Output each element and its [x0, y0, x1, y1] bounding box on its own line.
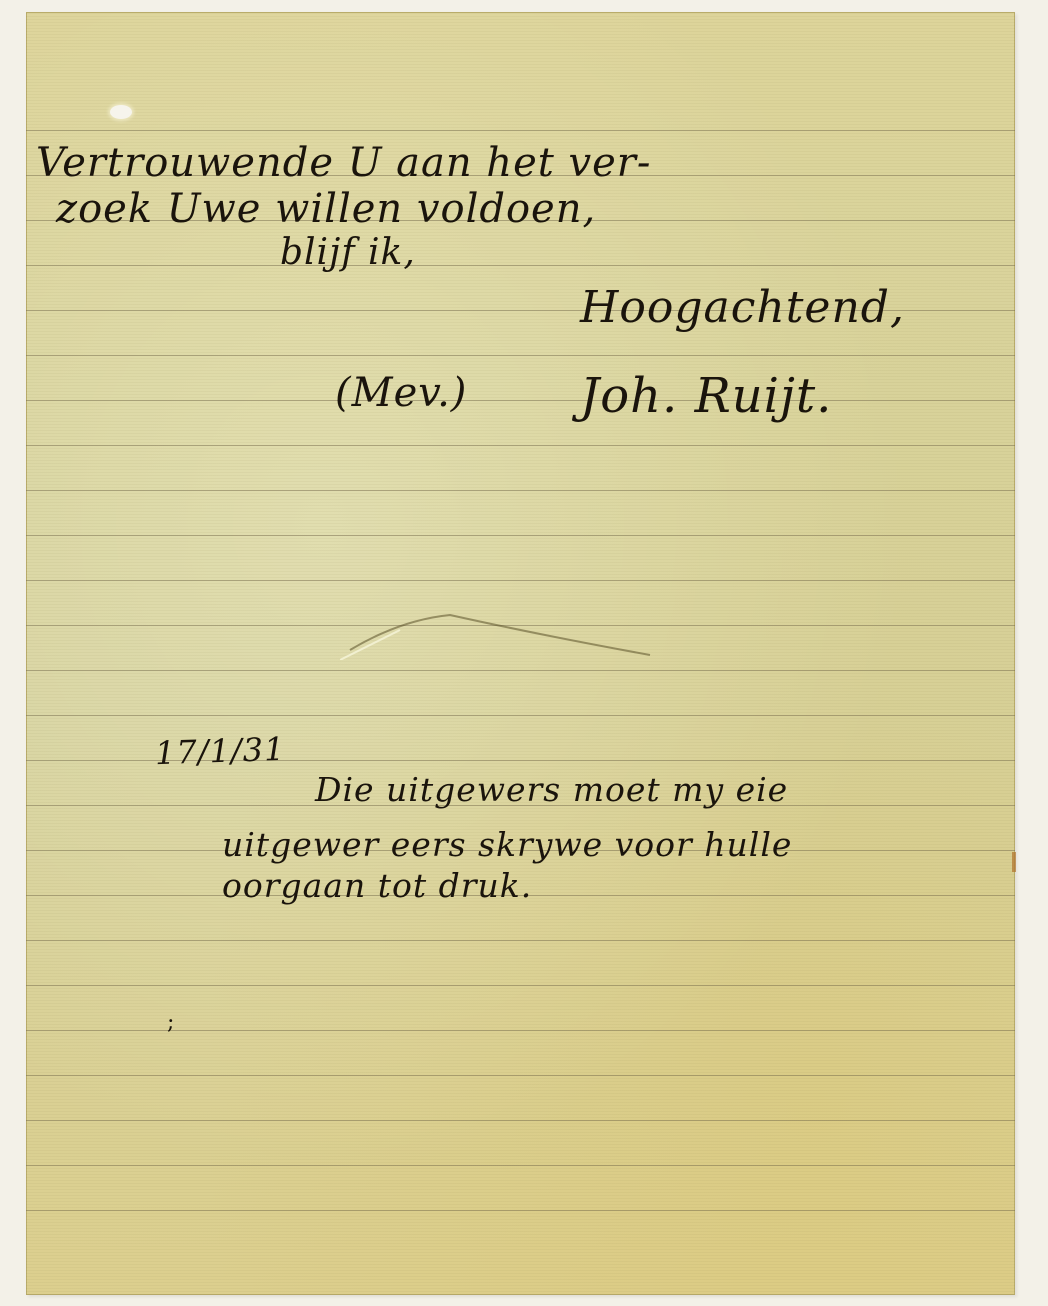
letter-line-2: zoek Uwe willen voldoen, — [56, 186, 596, 232]
stray-ink-mark: ; — [167, 1010, 174, 1035]
edge-stain — [1012, 852, 1016, 872]
closing-salutation: Hoogachtend, — [580, 282, 905, 333]
paper-crease — [340, 600, 660, 660]
ruled-line — [26, 1210, 1015, 1211]
ruled-line — [26, 265, 1015, 266]
letter-line-3: blijf ik, — [280, 232, 416, 273]
ruled-line — [26, 535, 1015, 536]
ruled-line — [26, 490, 1015, 491]
ruled-line — [26, 1120, 1015, 1121]
letter-line-1: Vertrouwende U aan het ver- — [36, 140, 651, 186]
annotation-line-3: oorgaan tot druk. — [222, 866, 532, 905]
ruled-line — [26, 1075, 1015, 1076]
ruled-line — [26, 580, 1015, 581]
ruled-line — [26, 940, 1015, 941]
ruled-line — [26, 400, 1015, 401]
signature: Joh. Ruijt. — [580, 368, 832, 424]
punch-hole — [110, 105, 132, 119]
ruled-line — [26, 1165, 1015, 1166]
ruled-line — [26, 355, 1015, 356]
signature-prefix: (Mev.) — [335, 370, 467, 416]
annotation-line-1: Die uitgewers moet my eie — [315, 770, 788, 809]
ruled-line — [26, 130, 1015, 131]
ruled-line — [26, 985, 1015, 986]
ruled-line — [26, 670, 1015, 671]
annotation-date: 17/1/31 — [154, 730, 286, 773]
ruled-line — [26, 445, 1015, 446]
annotation-line-2: uitgewer eers skrywe voor hulle — [222, 825, 792, 864]
ruled-line — [26, 715, 1015, 716]
